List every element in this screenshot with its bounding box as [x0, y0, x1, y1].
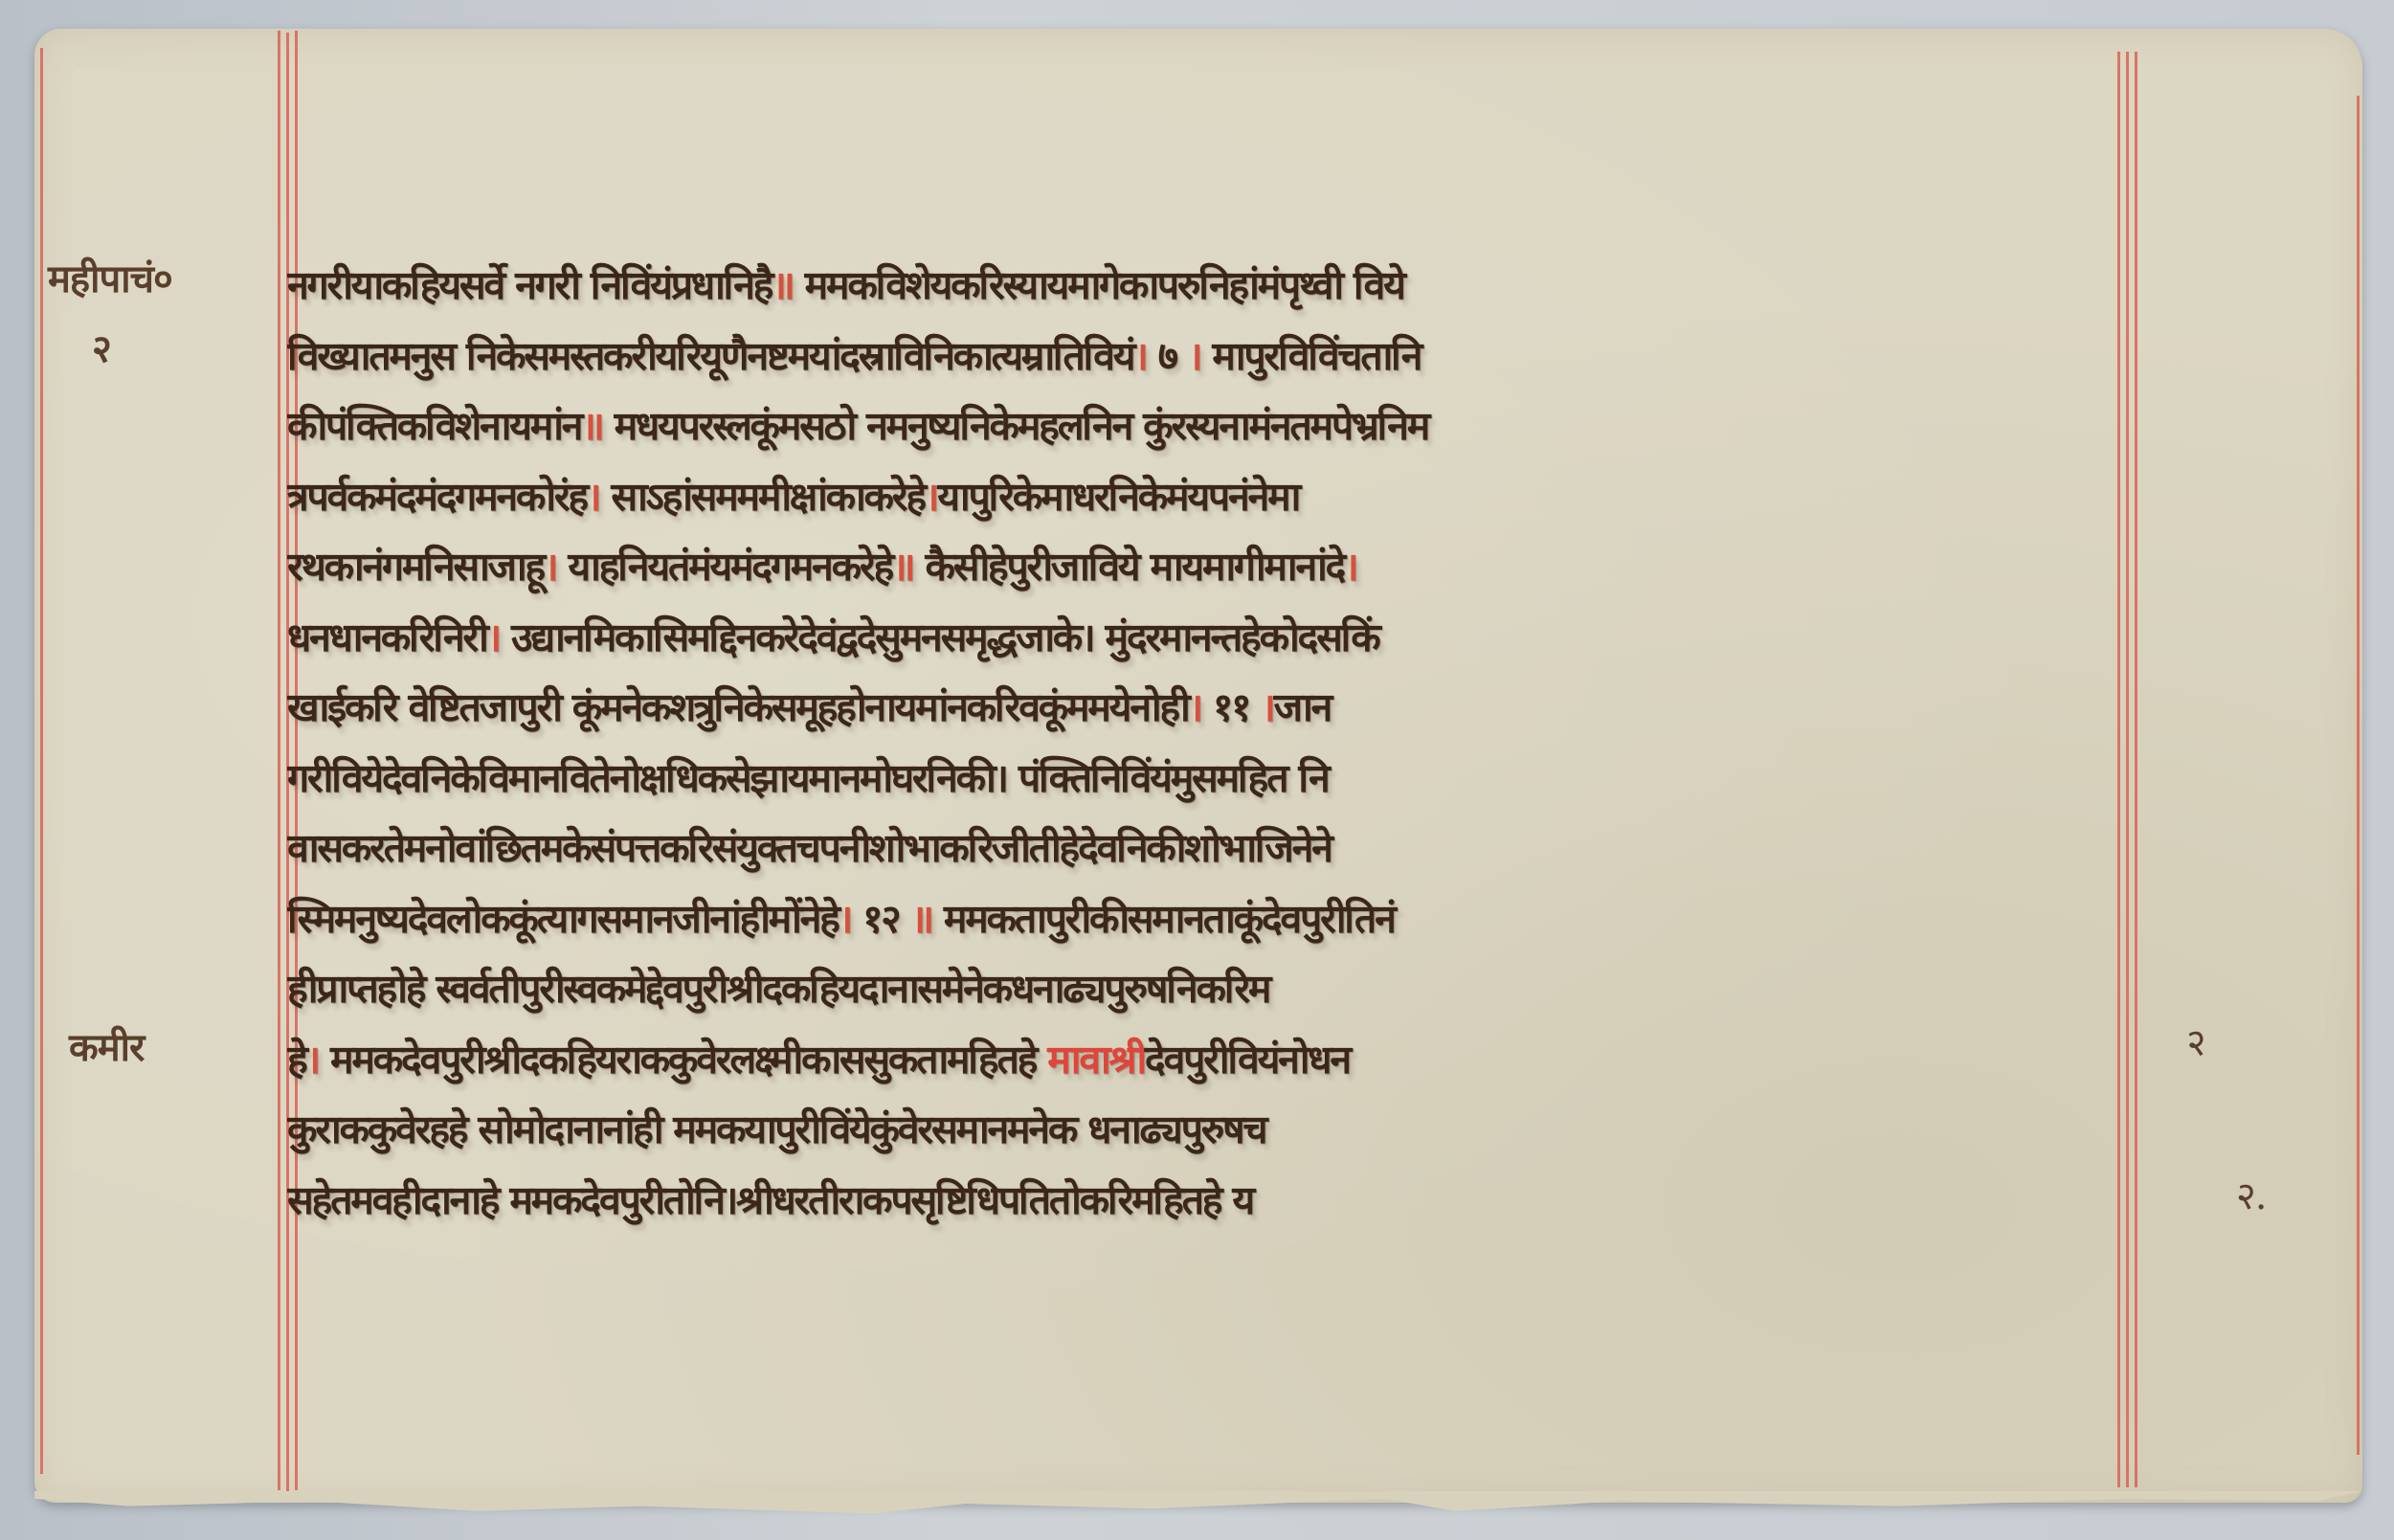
danda-mark: ।: [306, 1037, 319, 1082]
text-segment: मधयपरस्लकूंमसठो नमनुष्यनिकेमहलनिन कुंरस्…: [603, 403, 1428, 449]
right-text-rule-1: [2117, 52, 2120, 1487]
danda-mark: ॥: [910, 896, 931, 942]
margin-title: महीपाचं०: [48, 251, 172, 303]
text-segment: त्रपर्वकमंदमंदगमनकोरंह: [287, 474, 587, 520]
margin-folio-number-right: २.: [2236, 1168, 2267, 1220]
margin-folio-number-left: २: [92, 321, 111, 373]
danda-mark: ।: [1189, 684, 1201, 730]
text-segment: विख्यातमनुस निकेसमस्तकरीयरियूणैनष्टमयांद…: [287, 333, 1133, 379]
text-segment: जान: [1274, 684, 1331, 730]
danda-mark: ।: [925, 474, 937, 520]
danda-mark: ।: [544, 544, 556, 590]
text-line: त्रपर्वकमंदमंदगमनकोरंह। साऽहांसमममीक्षां…: [287, 462, 2117, 533]
text-segment: उद्यानमिकासिमद्दिनकरेदेवंद्वदेसुमनसमृद्ध…: [500, 614, 1379, 660]
text-segment: देवपुरीवियंनोधन: [1145, 1037, 1350, 1082]
margin-mark-right: २: [2182, 1014, 2208, 1068]
text-segment: कैसीहेपुरीजाविये मायमागीमानांदे: [913, 544, 1344, 590]
danda-mark: ॥: [581, 403, 602, 449]
text-line: कुराककुवेरहहे सोमोदानानांही ममकयापुरीविं…: [287, 1095, 2117, 1166]
text-segment: खाईकरि वेष्टितजापुरी कूंमनेकशत्रुनिकेसमू…: [287, 684, 1189, 730]
text-line: हे। ममकदेवपुरीश्रीदकहियराककुवेरलक्ष्मीका…: [287, 1025, 2117, 1096]
text-line: विख्यातमनुस निकेसमस्तकरीयरियूणैनष्टमयांद…: [287, 322, 2117, 392]
danda-mark: ।: [587, 474, 599, 520]
danda-mark: ।: [1188, 333, 1200, 379]
text-segment: १२: [851, 896, 910, 942]
text-segment: स्मिमनुष्यदेवलोककूंत्यागसमानजीनांहीमोंने…: [287, 896, 839, 942]
text-line: गरीवियेदेवनिकेविमानवितेनोक्षधिकसेझायमानम…: [287, 744, 2117, 815]
text-segment: रथकानंगमनिसाजाहू: [287, 544, 544, 590]
text-segment: धनधानकरिनिरी: [287, 614, 487, 660]
text-line: वासकरतेमनोवांछितमकेसंपत्तकरिसंयुक्तचपनीश…: [287, 814, 2117, 884]
right-text-rule-2: [2126, 52, 2129, 1487]
danda-mark: ।: [839, 896, 851, 942]
right-text-rule-3: [2135, 52, 2137, 1487]
text-segment: ममकविशेयकरिस्यायमागेकापरुनिहांमंपृथ्वी व…: [794, 262, 1404, 308]
manuscript-text: नगरीयाकहियसर्वे नगरी निविंयंप्रधानिहै॥ म…: [287, 251, 2117, 1236]
right-outer-rule: [2357, 96, 2360, 1455]
text-line: नगरीयाकहियसर्वे नगरी निविंयंप्रधानिहै॥ म…: [287, 251, 2117, 322]
danda-mark: ।: [1261, 684, 1273, 730]
text-line: धनधानकरिनिरी। उद्यानमिकासिमद्दिनकरेदेवंद…: [287, 603, 2117, 674]
danda-mark: ।: [1344, 544, 1356, 590]
text-segment: यापुरिकेमाधरनिकेमंयपनंनेमा: [937, 474, 1299, 520]
text-segment: वासकरतेमनोवांछितमकेसंपत्तकरिसंयुक्तचपनीश…: [287, 825, 1331, 871]
left-text-rule-1: [278, 31, 280, 1490]
text-segment: साऽहांसमममीक्षांकाकरेहे: [599, 474, 925, 520]
text-line: रथकानंगमनिसाजाहू। याहनियतंमंयमंदगमनकरेहे…: [287, 532, 2117, 603]
danda-mark: ॥: [892, 544, 913, 590]
text-segment: याहनियतंमंयमंदगमनकरेहे: [556, 544, 892, 590]
margin-note-lower: कमीर: [69, 1019, 144, 1072]
danda-mark: ॥: [772, 262, 793, 308]
left-outer-rule: [40, 48, 43, 1474]
danda-mark: ।: [487, 614, 500, 660]
text-segment: ७: [1147, 333, 1188, 379]
text-line: स्मिमनुष्यदेवलोककूंत्यागसमानजीनांहीमोंने…: [287, 884, 2117, 955]
text-segment: ममकदेवपुरीश्रीदकहियराककुवेरलक्ष्मीकाससुक…: [319, 1037, 1036, 1082]
text-segment: हीप्राप्तहोहे स्वर्वतीपुरीस्वकमेद्देवपुर…: [287, 966, 1269, 1012]
text-segment: मापुरविविंचतानि: [1200, 333, 1421, 379]
text-line: सहेतमवहीदानाहे ममकदेवपुरीतोनि।श्रीधरतीरा…: [287, 1166, 2117, 1237]
text-line: खाईकरि वेष्टितजापुरी कूंमनेकशत्रुनिकेसमू…: [287, 673, 2117, 744]
text-line: कीपंक्तिकविशेनायमांन॥ मधयपरस्लकूंमसठो नम…: [287, 391, 2117, 462]
danda-mark: ।: [1133, 333, 1146, 379]
text-segment: गरीवियेदेवनिकेविमानवितेनोक्षधिकसेझायमानम…: [287, 755, 1329, 801]
text-segment: कुराककुवेरहहे सोमोदानानांही ममकयापुरीविं…: [287, 1106, 1265, 1152]
text-segment: सहेतमवहीदानाहे ममकदेवपुरीतोनि।श्रीधरतीरा…: [287, 1177, 1253, 1223]
text-segment: ममकतापुरीकीसमानताकूंदेवपुरीतिनं: [932, 896, 1395, 942]
rubric-text: मावाश्री: [1036, 1037, 1145, 1082]
text-segment: हे: [287, 1037, 306, 1082]
text-segment: ११: [1201, 684, 1261, 730]
text-line: हीप्राप्तहोहे स्वर्वतीपुरीस्वकमेद्देवपुर…: [287, 954, 2117, 1025]
text-segment: कीपंक्तिकविशेनायमांन: [287, 403, 581, 449]
text-segment: नगरीयाकहियसर्वे नगरी निविंयंप्रधानिहै: [287, 262, 772, 308]
